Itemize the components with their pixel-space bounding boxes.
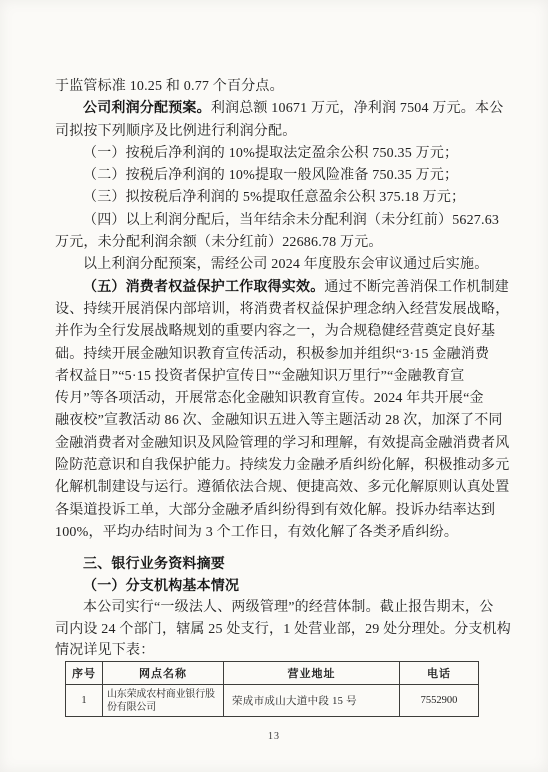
text-run: 以上利润分配预案，需经公司 2024 年度股东会审议通过后实施。 <box>83 257 488 272</box>
table-cell-phone: 7552900 <box>400 685 479 717</box>
table-header-cell: 序号 <box>66 662 103 685</box>
text-run: 于监管标准 10.25 和 0.77 个百分点。 <box>55 79 284 94</box>
table-cell-name: 山东荣成农村商业银行股份有限公司 <box>103 685 224 717</box>
bold-text-run: 公司利润分配预案。 <box>83 101 211 116</box>
table-row: 1山东荣成农村商业银行股份有限公司荣成市成山大道中段 15 号7552900 <box>66 685 479 717</box>
text-run: 各渠道投诉工单，大部分金融矛盾纠纷得到有效化解。投诉办结率达到 <box>55 503 495 518</box>
text-run: 情况详见下表： <box>55 643 154 658</box>
text-run: 通过不断完善消保工作机制建 <box>324 280 509 295</box>
branch-table-header: 序号网点名称营业地址电话 <box>66 662 479 685</box>
section-text-block: 三、银行业务资料摘要（一）分支机构基本情况本公司实行“一级法人、两级管理”的经营… <box>55 554 505 662</box>
text-line: 三、银行业务资料摘要 <box>55 554 505 576</box>
text-run: 司拟按下列顺序及比例进行利润分配。 <box>55 124 296 139</box>
text-line: 公司利润分配预案。利润总额 10671 万元，净利润 7504 万元。本公 <box>55 98 505 120</box>
page-number: 13 <box>0 731 548 742</box>
text-line: （二）按税后净利润的 10%提取一般风险准备 750.35 万元； <box>55 165 505 187</box>
text-line: （四）以上利润分配后，当年结余未分配利润（未分红前）5627.63 <box>55 210 505 232</box>
main-text-block: 于监管标准 10.25 和 0.77 个百分点。公司利润分配预案。利润总额 10… <box>55 76 505 544</box>
text-run: 司内设 24 个部门，辖属 25 处支行，1 处营业部，29 处分理处。分支机构 <box>55 622 511 637</box>
text-line: 化解机制建设与运行。遵循依法合规、便捷高效、多元化解原则认真处置 <box>55 477 505 499</box>
table-cell-index: 1 <box>66 685 103 717</box>
text-run: 传月”等各项活动，开展常态化金融知识教育宣传。2024 年共开展“金 <box>55 391 484 406</box>
table-header-cell: 营业地址 <box>224 662 400 685</box>
table-cell-addr: 荣成市成山大道中段 15 号 <box>224 685 400 717</box>
text-line: 于监管标准 10.25 和 0.77 个百分点。 <box>55 76 505 98</box>
document-page: 于监管标准 10.25 和 0.77 个百分点。公司利润分配预案。利润总额 10… <box>0 0 548 772</box>
text-line: 情况详见下表： <box>55 640 505 662</box>
text-run: （四）以上利润分配后，当年结余未分配利润（未分红前）5627.63 <box>83 213 499 228</box>
text-run: 础。持续开展金融知识教育宣传活动，积极参加并组织“3·15 金融消费 <box>55 347 489 362</box>
table-header-cell: 网点名称 <box>103 662 224 685</box>
text-line: 金融消费者对金融知识及风险管理的学习和理解，有效提高金融消费者风 <box>55 433 505 455</box>
table-header-cell: 电话 <box>400 662 479 685</box>
branch-table-body: 1山东荣成农村商业银行股份有限公司荣成市成山大道中段 15 号7552900 <box>66 685 479 717</box>
table-header-row: 序号网点名称营业地址电话 <box>66 662 479 685</box>
bold-text-run: （五）消费者权益保护工作取得实效。 <box>83 280 324 295</box>
text-line: 者权益日”“5·15 投资者保护宣传日”“金融知识万里行”“金融教育宣 <box>55 366 505 388</box>
text-run: 100%，平均办结时间为 3 个工作日，有效化解了各类矛盾纠纷。 <box>55 525 458 540</box>
text-run: 化解机制建设与运行。遵循依法合规、便捷高效、多元化解原则认真处置 <box>55 480 509 495</box>
branch-table: 序号网点名称营业地址电话 1山东荣成农村商业银行股份有限公司荣成市成山大道中段 … <box>65 661 479 717</box>
text-line: （五）消费者权益保护工作取得实效。通过不断完善消保工作机制建 <box>55 277 505 299</box>
text-line: 万元，未分配利润余额（未分红前）22686.78 万元。 <box>55 232 505 254</box>
text-run: 本公司实行“一级法人、两级管理”的经营体制。截止报告期末，公 <box>83 600 493 615</box>
text-line: 险防范意识和自我保护能力。持续发力金融矛盾纠纷化解，积极推动多元 <box>55 455 505 477</box>
text-run: 利润总额 10671 万元，净利润 7504 万元。本公 <box>211 101 504 116</box>
text-line: 并作为全行发展战略规划的重要内容之一，为合规稳健经营奠定良好基 <box>55 321 505 343</box>
text-run: 者权益日”“5·15 投资者保护宣传日”“金融知识万里行”“金融教育宣 <box>55 369 464 384</box>
text-line: （一）分支机构基本情况 <box>55 576 505 598</box>
bold-text-run: （一）分支机构基本情况 <box>83 579 239 594</box>
bold-text-run: 三、银行业务资料摘要 <box>83 557 225 572</box>
text-line: 传月”等各项活动，开展常态化金融知识教育宣传。2024 年共开展“金 <box>55 388 505 410</box>
text-line: 司内设 24 个部门，辖属 25 处支行，1 处营业部，29 处分理处。分支机构 <box>55 619 505 641</box>
text-line: 各渠道投诉工单，大部分金融矛盾纠纷得到有效化解。投诉办结率达到 <box>55 500 505 522</box>
text-line: 100%，平均办结时间为 3 个工作日，有效化解了各类矛盾纠纷。 <box>55 522 505 544</box>
text-line: 设、持续开展消保内部培训，将消费者权益保护理念纳入经营发展战略， <box>55 299 505 321</box>
text-run: （二）按税后净利润的 10%提取一般风险准备 750.35 万元； <box>83 168 458 183</box>
text-run: 险防范意识和自我保护能力。持续发力金融矛盾纠纷化解，积极推动多元 <box>55 458 509 473</box>
text-run: 金融消费者对金融知识及风险管理的学习和理解，有效提高金融消费者风 <box>55 436 509 451</box>
text-line: 本公司实行“一级法人、两级管理”的经营体制。截止报告期末，公 <box>55 597 505 619</box>
text-run: （三）拟按税后净利润的 5%提取任意盈余公积 375.18 万元； <box>83 190 465 205</box>
text-line: 融夜校”宣教活动 86 次、金融知识五进入等主题活动 28 次，加深了不同 <box>55 410 505 432</box>
text-run: 设、持续开展消保内部培训，将消费者权益保护理念纳入经营发展战略， <box>55 302 509 317</box>
text-run: 万元，未分配利润余额（未分红前）22686.78 万元。 <box>55 235 383 250</box>
text-line: （三）拟按税后净利润的 5%提取任意盈余公积 375.18 万元； <box>55 187 505 209</box>
text-run: （一）按税后净利润的 10%提取法定盈余公积 750.35 万元； <box>83 146 458 161</box>
text-line: 础。持续开展金融知识教育宣传活动，积极参加并组织“3·15 金融消费 <box>55 344 505 366</box>
text-line: （一）按税后净利润的 10%提取法定盈余公积 750.35 万元； <box>55 143 505 165</box>
text-line: 司拟按下列顺序及比例进行利润分配。 <box>55 121 505 143</box>
text-line: 以上利润分配预案，需经公司 2024 年度股东会审议通过后实施。 <box>55 254 505 276</box>
text-run: 并作为全行发展战略规划的重要内容之一，为合规稳健经营奠定良好基 <box>55 324 495 339</box>
text-run: 融夜校”宣教活动 86 次、金融知识五进入等主题活动 28 次，加深了不同 <box>55 413 503 428</box>
